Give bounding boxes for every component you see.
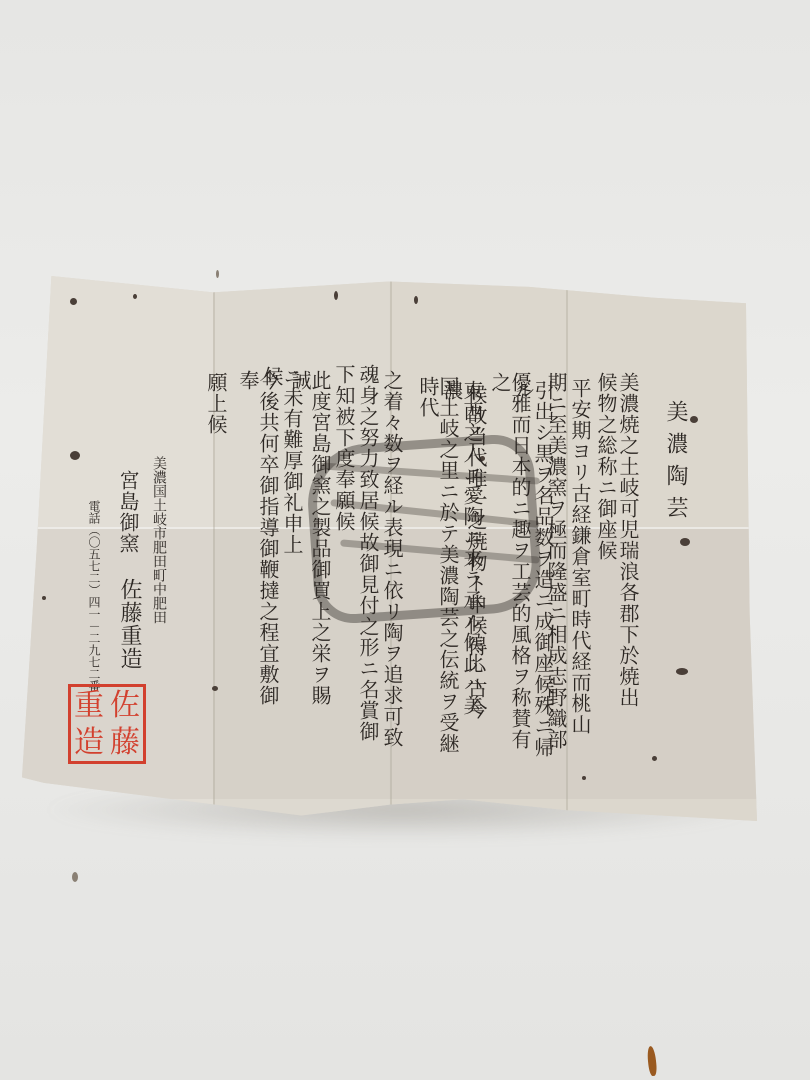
seal-character: 佐 [107, 691, 143, 721]
vertical-fold-line [213, 276, 215, 821]
body-column-12: 下知被下度奉願候 [334, 364, 354, 584]
red-hanko-seal: 重 佐 造 藤 [68, 684, 146, 764]
paper-speck [690, 416, 698, 423]
paper-speck [42, 596, 46, 600]
sender-address: 美濃国土岐市肥田町中肥田 [152, 456, 166, 676]
sender-name: 佐藤重造 [118, 578, 140, 698]
paper-speck [133, 294, 137, 299]
body-column-2: 候物之総称ニ御座候 [596, 372, 616, 572]
table-debris [72, 872, 78, 882]
paper-speck [652, 756, 657, 761]
seal-character: 重 [71, 691, 107, 721]
seal-character: 造 [71, 728, 107, 758]
paper-speck [212, 686, 218, 691]
paper-speck [582, 776, 586, 780]
paper-speck [70, 451, 80, 460]
dried-leaf-fragment [646, 1046, 657, 1077]
seal-character: 藤 [107, 728, 143, 758]
paper-speck [334, 291, 338, 300]
body-column-15: 今後共何卒御指導御鞭撻之程宜敷御奉 [238, 370, 278, 710]
body-column-3: 平安期ヨリ古経鎌倉室町時代経而桃山 [570, 378, 590, 758]
body-column-11: 魂身之努力致居候故御見付之形ニ名賞御 [358, 364, 378, 744]
paper-speck [414, 296, 418, 304]
body-column-10: 之着々数ヲ経ル表現ニ依リ陶ヲ追求可致 [382, 370, 402, 750]
body-column-9: 国土岐之里ニ於テ美濃陶芸之伝統ヲ受継時代 [418, 376, 458, 756]
table-debris [216, 270, 219, 278]
body-column-1: 美濃焼之土岐可児瑞浪各郡下於焼出 [618, 372, 638, 752]
document-title: 美濃陶芸 [664, 400, 686, 620]
phone-number: 電話（〇五七二）四一－二九七二番 [88, 500, 100, 700]
kiln-name: 宮島御窯 [118, 470, 138, 590]
paper-speck [70, 298, 77, 305]
paper-speck [676, 668, 688, 675]
body-column-6: 優雅而日本的ニ趣ヲ工芸的風格ヲ称賛有之 [490, 372, 530, 752]
body-column-16: 願上候 [206, 372, 226, 452]
